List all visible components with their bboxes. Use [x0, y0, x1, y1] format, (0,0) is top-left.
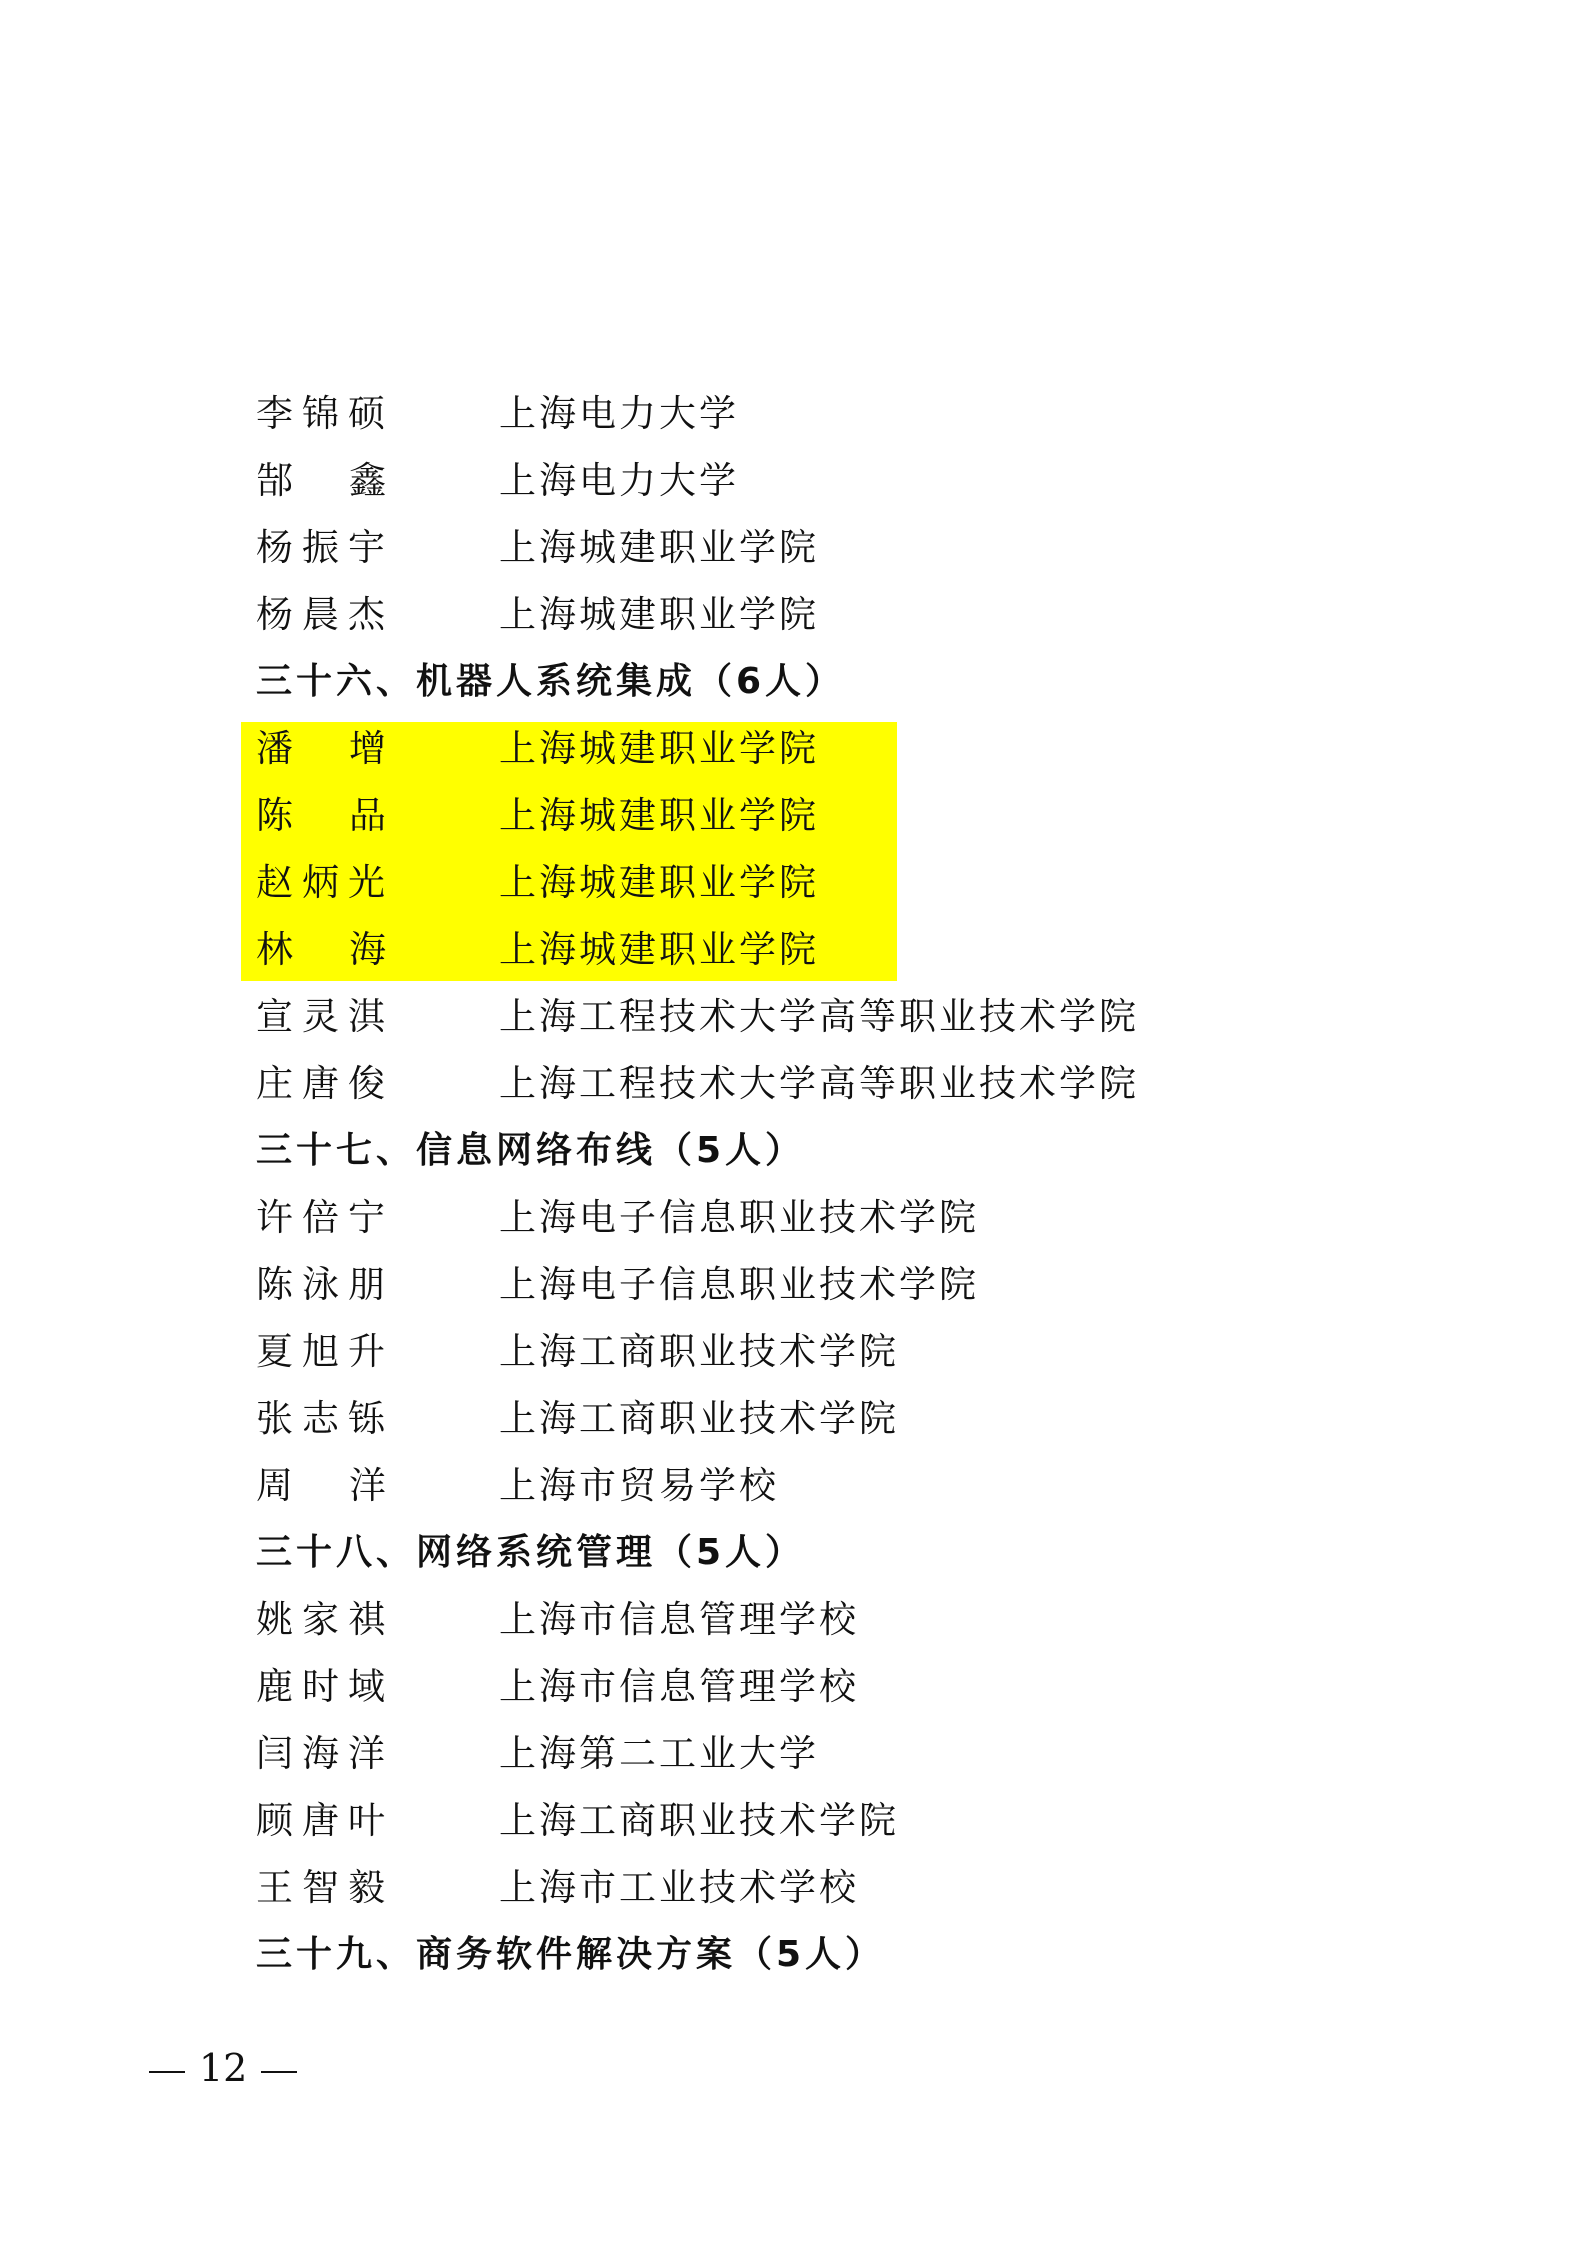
organization-name: 上海第二工业大学 [499, 1720, 819, 1787]
organization-name: 上海电力大学 [499, 380, 739, 447]
organization-name: 上海电子信息职业技术学院 [499, 1251, 979, 1318]
name-char: 灵 [302, 983, 340, 1050]
organization-name: 上海市信息管理学校 [499, 1586, 859, 1653]
organization-name: 上海市信息管理学校 [499, 1653, 859, 1720]
name-char: 闫 [256, 1720, 294, 1787]
name-char: 品 [349, 782, 386, 849]
organization-name: 上海城建职业学院 [499, 782, 819, 849]
name-char: 志 [302, 1385, 340, 1452]
name-char: 鹿 [256, 1653, 294, 1720]
person-name: 顾唐叶 [256, 1787, 386, 1854]
page-footer: 12 [135, 2038, 311, 2098]
dash-left [149, 2071, 185, 2073]
name-char: 祺 [348, 1586, 386, 1653]
person-name: 闫海洋 [256, 1720, 386, 1787]
person-name: 张志铄 [256, 1385, 386, 1452]
organization-name: 上海工商职业技术学院 [499, 1787, 899, 1854]
person-name: 赵炳光 [256, 849, 386, 916]
name-char: 智 [302, 1854, 340, 1921]
organization-name: 上海城建职业学院 [499, 514, 819, 581]
name-char: 唐 [302, 1050, 340, 1117]
name-char: 朋 [348, 1251, 386, 1318]
name-char: 夏 [256, 1318, 294, 1385]
organization-name: 上海工商职业技术学院 [499, 1318, 899, 1385]
person-name: 许倍宁 [256, 1184, 386, 1251]
person-name: 陈泳朋 [256, 1251, 386, 1318]
name-char: 增 [349, 715, 386, 782]
person-name: 杨振宇 [256, 514, 386, 581]
name-char: 周 [256, 1452, 293, 1519]
name-char: 泳 [302, 1251, 340, 1318]
name-char: 顾 [256, 1787, 294, 1854]
section-heading: 三十八、网络系统管理（5人） [256, 1519, 805, 1586]
name-char: 锦 [302, 380, 340, 447]
organization-name: 上海电力大学 [499, 447, 739, 514]
name-char: 唐 [302, 1787, 340, 1854]
organization-name: 上海工程技术大学高等职业技术学院 [499, 983, 1139, 1050]
name-char: 李 [256, 380, 294, 447]
person-name: 夏旭升 [256, 1318, 386, 1385]
name-char: 海 [349, 916, 386, 983]
name-char: 王 [256, 1854, 294, 1921]
name-char: 域 [348, 1653, 386, 1720]
person-name: 潘增 [256, 715, 386, 782]
section-heading: 三十六、机器人系统集成（6人） [256, 648, 845, 715]
name-char: 家 [302, 1586, 340, 1653]
name-char: 许 [256, 1184, 294, 1251]
name-char: 升 [348, 1318, 386, 1385]
name-char: 郜 [256, 447, 293, 514]
name-char: 洋 [349, 1452, 386, 1519]
person-name: 庄唐俊 [256, 1050, 386, 1117]
name-char: 海 [302, 1720, 340, 1787]
dash-right [261, 2071, 297, 2073]
name-char: 宇 [348, 514, 386, 581]
page-number: 12 [199, 2046, 247, 2090]
organization-name: 上海市工业技术学校 [499, 1854, 859, 1921]
organization-name: 上海电子信息职业技术学院 [499, 1184, 979, 1251]
name-char: 倍 [302, 1184, 340, 1251]
person-name: 鹿时域 [256, 1653, 386, 1720]
name-char: 铄 [348, 1385, 386, 1452]
person-name: 郜鑫 [256, 447, 386, 514]
name-char: 杰 [348, 581, 386, 648]
name-char: 林 [256, 916, 293, 983]
organization-name: 上海城建职业学院 [499, 849, 819, 916]
name-char: 炳 [302, 849, 340, 916]
name-char: 时 [302, 1653, 340, 1720]
name-char: 姚 [256, 1586, 294, 1653]
name-char: 陈 [256, 1251, 294, 1318]
name-char: 振 [302, 514, 340, 581]
name-char: 赵 [256, 849, 294, 916]
section-heading: 三十九、商务软件解决方案（5人） [256, 1921, 885, 1988]
name-char: 旭 [302, 1318, 340, 1385]
person-name: 姚家祺 [256, 1586, 386, 1653]
name-char: 张 [256, 1385, 294, 1452]
organization-name: 上海城建职业学院 [499, 581, 819, 648]
person-name: 杨晨杰 [256, 581, 386, 648]
name-char: 晨 [302, 581, 340, 648]
organization-name: 上海工程技术大学高等职业技术学院 [499, 1050, 1139, 1117]
organization-name: 上海市贸易学校 [499, 1452, 779, 1519]
person-name: 陈品 [256, 782, 386, 849]
person-name: 王智毅 [256, 1854, 386, 1921]
name-char: 淇 [348, 983, 386, 1050]
person-name: 李锦硕 [256, 380, 386, 447]
name-char: 庄 [256, 1050, 294, 1117]
person-name: 林海 [256, 916, 386, 983]
name-char: 俊 [348, 1050, 386, 1117]
name-char: 洋 [348, 1720, 386, 1787]
name-char: 潘 [256, 715, 293, 782]
person-name: 周洋 [256, 1452, 386, 1519]
name-char: 宣 [256, 983, 294, 1050]
name-char: 鑫 [349, 447, 386, 514]
name-char: 陈 [256, 782, 293, 849]
organization-name: 上海城建职业学院 [499, 715, 819, 782]
name-char: 硕 [348, 380, 386, 447]
name-char: 宁 [348, 1184, 386, 1251]
name-char: 叶 [348, 1787, 386, 1854]
name-char: 光 [348, 849, 386, 916]
name-char: 杨 [256, 581, 294, 648]
organization-name: 上海工商职业技术学院 [499, 1385, 899, 1452]
section-heading: 三十七、信息网络布线（5人） [256, 1117, 805, 1184]
name-char: 毅 [348, 1854, 386, 1921]
organization-name: 上海城建职业学院 [499, 916, 819, 983]
document-page: 李锦硕上海电力大学郜鑫上海电力大学杨振宇上海城建职业学院杨晨杰上海城建职业学院三… [0, 0, 1587, 2245]
person-name: 宣灵淇 [256, 983, 386, 1050]
name-char: 杨 [256, 514, 294, 581]
